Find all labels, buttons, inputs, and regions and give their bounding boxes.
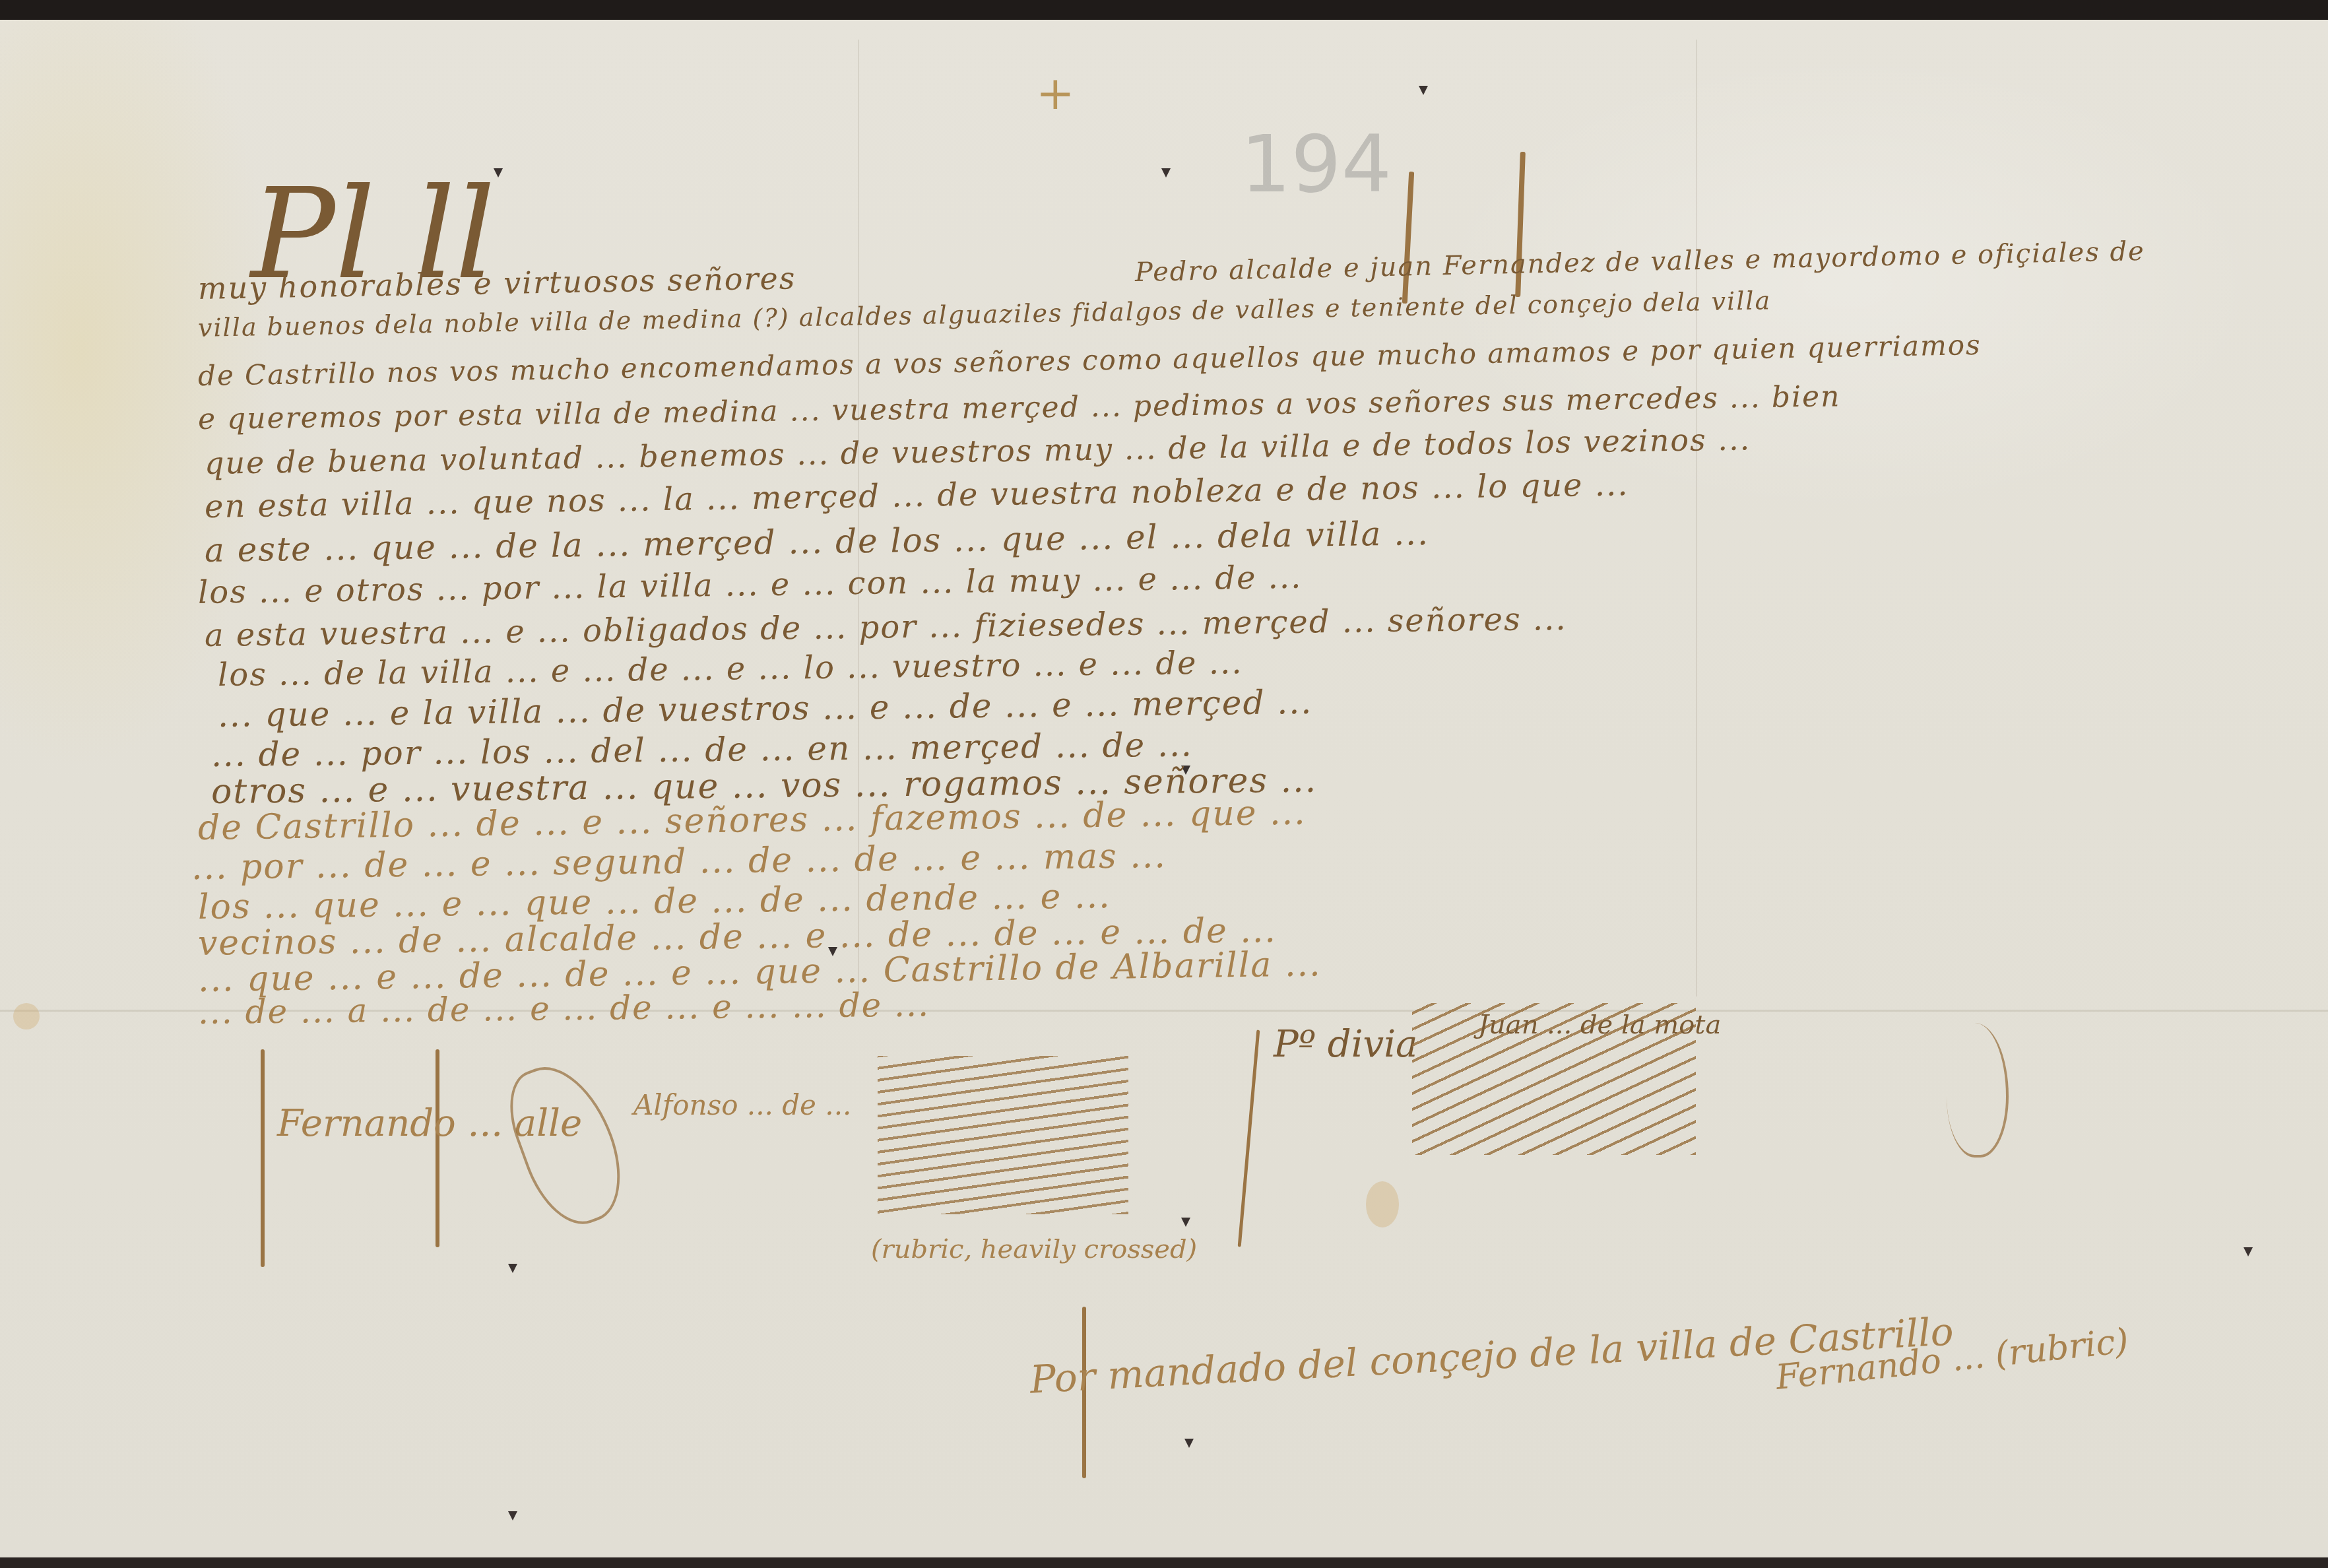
- worm-hole: [508, 1511, 517, 1520]
- signature-flourish: [1238, 1029, 1260, 1247]
- worm-hole: [1184, 1439, 1194, 1448]
- signature-flourish: [261, 1049, 265, 1267]
- top-cross-mark: +: [1036, 66, 1075, 120]
- ascender-flourish: [1402, 172, 1414, 304]
- worm-hole: [1161, 168, 1171, 178]
- worm-hole: [508, 1264, 517, 1273]
- pencil-folio-number: 194: [1241, 119, 1392, 211]
- crossed-rubric: [878, 1056, 1128, 1214]
- signature-5: Juan ... de la mota: [1478, 1010, 1721, 1040]
- worm-hole: [1181, 1218, 1190, 1227]
- ink-stain: [1366, 1181, 1399, 1227]
- margin-loop-mark: [1947, 1023, 2009, 1158]
- worm-hole: [1419, 86, 1428, 95]
- signature-flourish: [436, 1049, 439, 1247]
- manuscript-page: + 194 Pl ll muy honorables e virtuosos s…: [0, 20, 2328, 1557]
- signature-4: Pº divia: [1274, 1023, 1418, 1066]
- signature-2: Alfonso ... de ...: [633, 1089, 851, 1121]
- scan-border-top: [0, 0, 2328, 22]
- ink-stain: [13, 1003, 40, 1029]
- body-line: Pedro alcalde e juan Fernandez de valles…: [1135, 236, 2146, 288]
- body-line: a esta vuestra ... e ... obligados de ..…: [205, 601, 1567, 654]
- signature-3: (rubric, heavily crossed): [871, 1234, 1197, 1264]
- fold-crease-vertical: [1696, 40, 1697, 996]
- body-line: ... de ... a ... de ... e ... de ... e .…: [198, 985, 930, 1031]
- worm-hole: [2244, 1247, 2253, 1257]
